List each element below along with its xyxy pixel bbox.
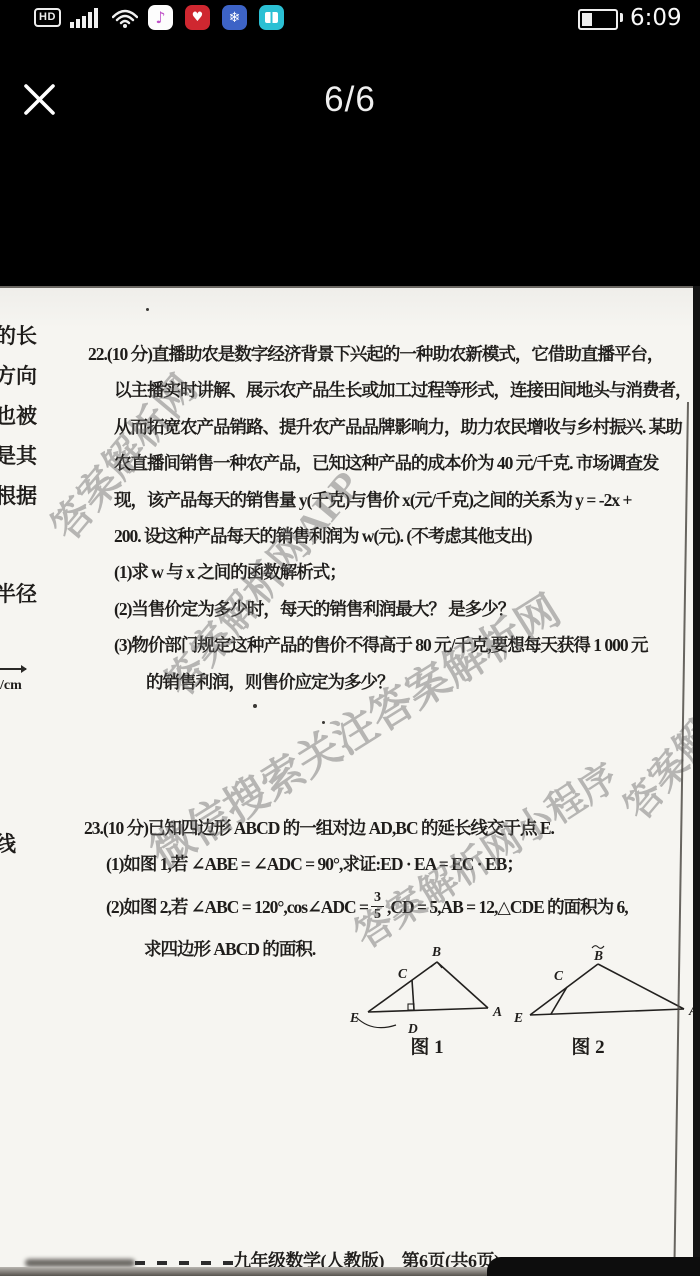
figure-1 [356, 962, 488, 1028]
battery-icon [578, 9, 618, 30]
footer-dashes [135, 1261, 235, 1265]
ruler-arrow-icon [0, 668, 26, 670]
status-time: 6:09 [630, 5, 682, 31]
wifi-icon [112, 7, 138, 29]
frac-line-pre: (2)如图 2,若 ∠ABC = 120°,cos∠ADC = [106, 883, 368, 931]
question-line: 现，该产品每天的销售量 y(千克)与售价 x(元/千克)之间的关系为 y = -… [88, 482, 688, 518]
social-app-icon: ❄ [222, 5, 247, 30]
paper-speck [253, 704, 257, 708]
karaoke-app-icon: ♥ [185, 5, 210, 30]
photo-dark-edge [693, 286, 700, 1276]
status-bar: HD ♪ ♥ ❄ 6:09 [0, 0, 700, 36]
margin-fragment: 方向 [0, 360, 37, 390]
photo-bottom-edge [0, 1267, 492, 1276]
margin-fragment: 线 [0, 828, 16, 858]
music-app-icon: ♪ [148, 5, 173, 30]
close-icon [26, 86, 53, 113]
margin-fragment: 根据 [0, 480, 37, 510]
figure-2-labels: E A B C [513, 948, 698, 1025]
point-label: B [431, 944, 441, 959]
point-label: B [593, 948, 603, 963]
footer-smear [25, 1259, 135, 1267]
bottom-corner-shape [487, 1257, 700, 1276]
point-label: E [513, 1010, 523, 1025]
close-button[interactable] [16, 76, 64, 124]
point-label: C [398, 966, 408, 981]
margin-fragment: /cm [0, 678, 22, 694]
point-label: A [492, 1004, 502, 1019]
battery-nub [620, 13, 623, 22]
question-line: 农直播间销售一种农产品，已知这种产品的成本价为 40 元/千克. 市场调查发 [88, 445, 688, 481]
phone-screen: HD ♪ ♥ ❄ 6:09 6/6 [0, 0, 700, 1276]
question-sub-1: (1)求 w 与 x 之间的函数解析式； [88, 554, 688, 590]
paper-speck [146, 308, 149, 311]
signal-bars-icon [70, 8, 100, 28]
point-label: C [554, 968, 564, 983]
question-sub-2: (2)当售价定为多少时，每天的销售利润最大？ 是多少？ [88, 591, 688, 627]
question-line: 22.(10 分)直播助农是数字经济背景下兴起的一种助农新模式，它借助直播平台， [88, 336, 688, 372]
page-indicator: 6/6 [0, 78, 700, 122]
hd-indicator-icon: HD [34, 8, 61, 27]
margin-fragment: 半径 [0, 578, 37, 608]
margin-fragment: 也被 [0, 400, 37, 430]
margin-fragment: 是其 [0, 440, 37, 470]
margin-fragment: 的长 [0, 320, 37, 350]
book-icon [265, 12, 278, 23]
figure-1-caption: 图 1 [396, 1032, 458, 1059]
question-line: 200. 设这种产品每天的销售利润为 w(元). (不考虑其他支出) [88, 518, 688, 554]
point-label: E [349, 1010, 359, 1025]
reader-app-icon [259, 5, 284, 30]
figure-2-caption: 图 2 [557, 1032, 619, 1059]
